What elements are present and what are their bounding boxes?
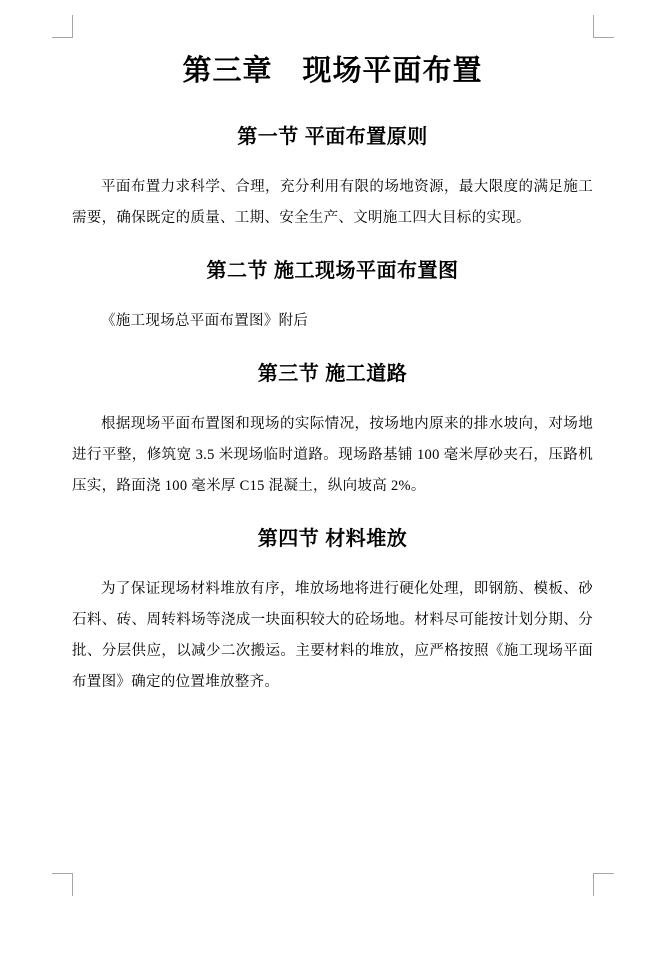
section-1-heading: 第一节 平面布置原则 xyxy=(72,125,593,150)
section-construction-roads: 第三节 施工道路 根据现场平面布置图和现场的实际情况，按场地内原来的排水坡向，对… xyxy=(72,362,593,502)
document-content: 第三章 现场平面布置 第一节 平面布置原则 平面布置力求科学、合理，充分利用有限… xyxy=(72,50,593,698)
section-2-heading: 第二节 施工现场平面布置图 xyxy=(72,259,593,284)
section-material-stacking: 第四节 材料堆放 为了保证现场材料堆放有序，堆放场地将进行硬化处理，即钢筋、模板… xyxy=(72,527,593,698)
section-4-heading: 第四节 材料堆放 xyxy=(72,527,593,552)
section-1-paragraph: 平面布置力求科学、合理，充分利用有限的场地资源，最大限度的满足施工需要，确保既定… xyxy=(72,172,593,234)
section-3-paragraph: 根据现场平面布置图和现场的实际情况，按场地内原来的排水坡向，对场地进行平整，修筑… xyxy=(72,409,593,502)
section-2-paragraph: 《施工现场总平面布置图》附后 xyxy=(72,306,593,337)
chapter-title: 第三章 现场平面布置 xyxy=(72,50,593,92)
document-page: 第三章 现场平面布置 第一节 平面布置原则 平面布置力求科学、合理，充分利用有限… xyxy=(0,0,662,955)
margin-crop-mark-top-right xyxy=(593,15,614,38)
margin-crop-mark-bottom-left xyxy=(52,873,73,896)
section-3-heading: 第三节 施工道路 xyxy=(72,362,593,387)
margin-crop-mark-top-left xyxy=(52,15,73,38)
margin-crop-mark-bottom-right xyxy=(593,873,614,896)
section-plane-layout-principles: 第一节 平面布置原则 平面布置力求科学、合理，充分利用有限的场地资源，最大限度的… xyxy=(72,125,593,234)
section-site-layout-drawing: 第二节 施工现场平面布置图 《施工现场总平面布置图》附后 xyxy=(72,259,593,337)
section-4-paragraph: 为了保证现场材料堆放有序，堆放场地将进行硬化处理，即钢筋、模板、砂石料、砖、周转… xyxy=(72,574,593,698)
